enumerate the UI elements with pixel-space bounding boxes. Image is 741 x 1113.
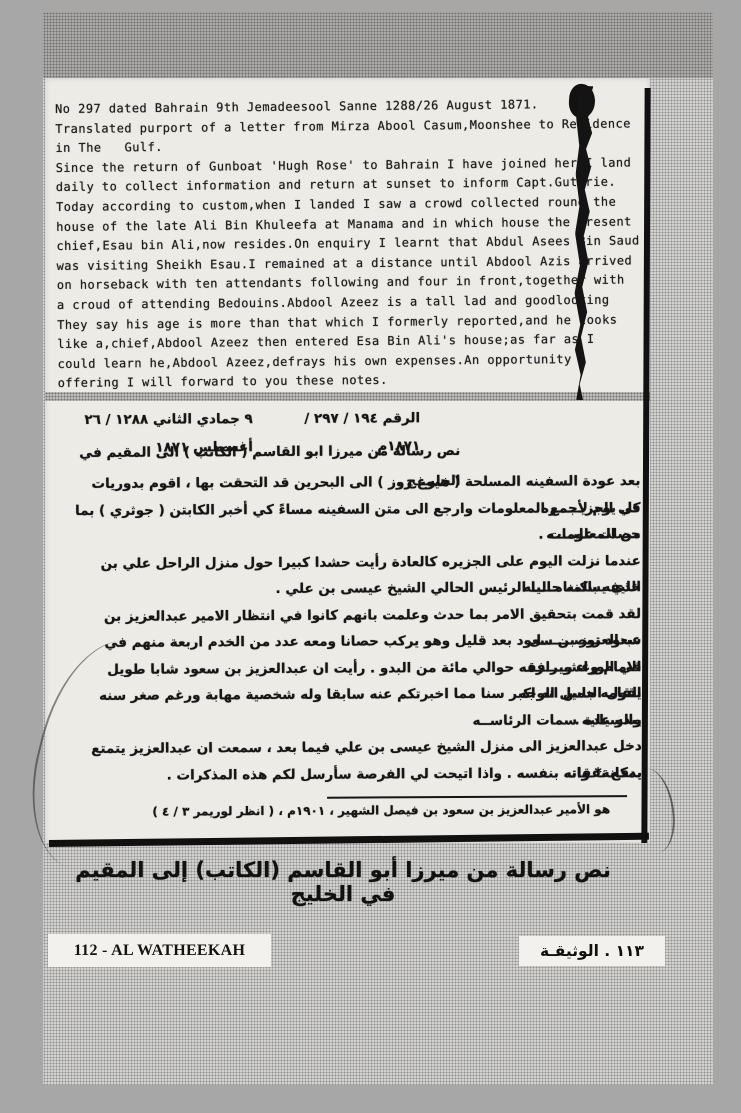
arabic-letter-header: الرقم ١٩٤ / ٢٩٧ / ١٨٧١م ٩ جمادي الثاني ١… [45, 403, 650, 438]
typed-letter: No 297 dated Bahrain 9th Jemadeesool San… [55, 94, 645, 394]
arabic-line: عندما نزلت اليوم على الجزيره كالعادة رأي… [46, 547, 651, 577]
arabic-line: من المعلومات . [46, 521, 651, 551]
arabic-line: كل يوم لأجمع المعلومات وارجع الى متن الس… [45, 494, 650, 524]
journal-page: No 297 dated Bahrain 9th Jemadeesool San… [43, 12, 713, 1085]
scan-artifact-curve [13, 626, 198, 886]
footer-page-label-ar: ١١٣ . الوثيقـة [519, 936, 665, 966]
arabic-date: ٩ جمادي الثاني ١٢٨٨ / ٢٦ أغسطس ١٨٧١ [45, 405, 253, 438]
scan-artifact-curve [626, 766, 679, 855]
arabic-ref-number: الرقم ١٩٤ / ٢٩٧ / ١٨٧١م [295, 404, 420, 437]
section-divider [45, 392, 650, 401]
document-scan: No 297 dated Bahrain 9th Jemadeesool San… [45, 78, 650, 843]
arabic-subject-line: نص رسالة من ميرزا ابو القاسم ( الكاتب ) … [45, 435, 650, 471]
footer-page-label-en: 112 - AL WATHEEKAH [48, 934, 271, 967]
arabic-line: الذي يسكنه حاليا الرئيس الحالي الشيخ عيس… [46, 574, 651, 604]
arabic-line: لقد قمت بتحقيق الامر بما حدث وعلمت بانهم… [46, 600, 651, 630]
arabic-line: بعد عودة السفينه المسلحة ( هيوغ روز ) ال… [45, 468, 650, 498]
scan-dark-band [43, 12, 713, 78]
caption: نص رسالة من ميرزا أبو القاسم (الكاتب) إل… [63, 858, 623, 906]
